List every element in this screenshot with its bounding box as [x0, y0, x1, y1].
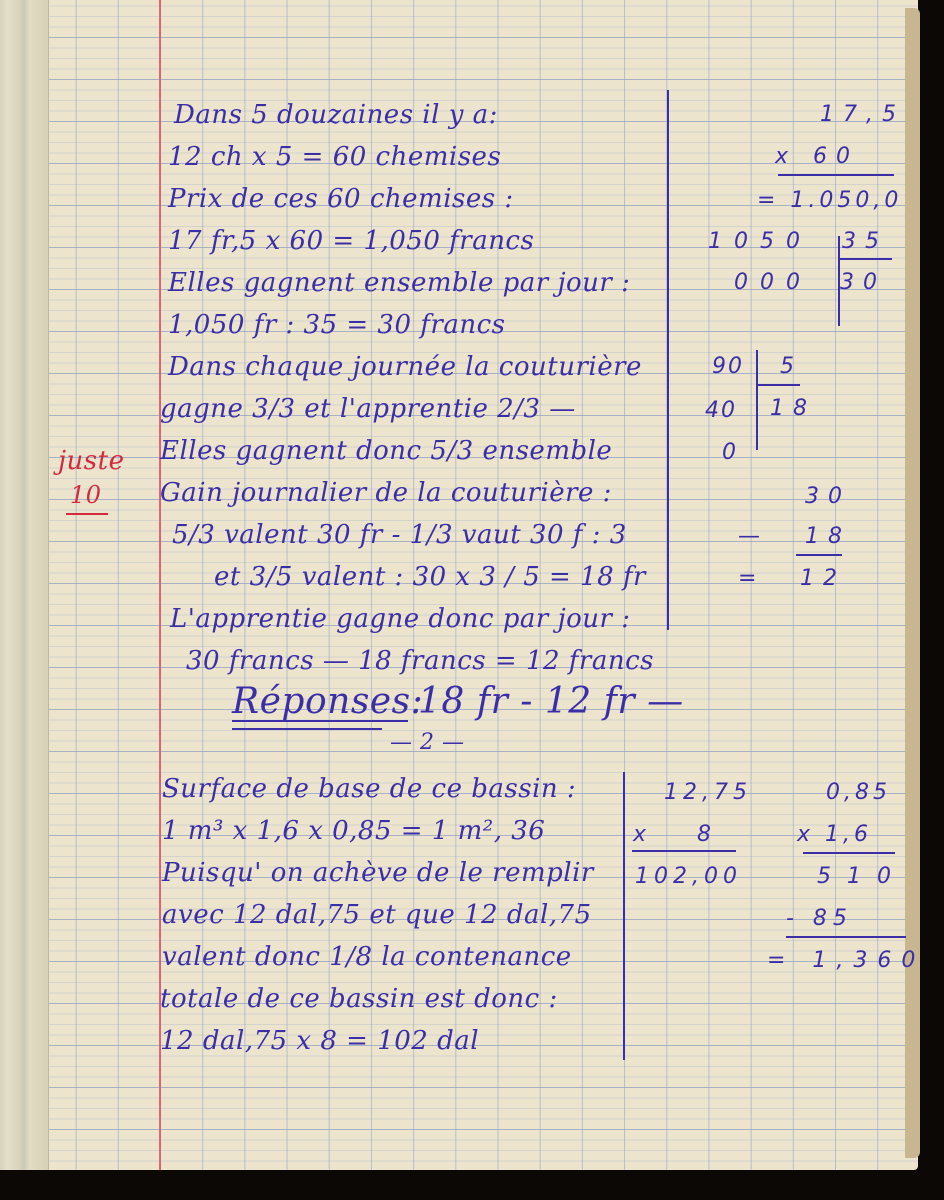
calc-div-rule	[840, 258, 892, 260]
p2-line-6: totale de ce bassin est donc :	[160, 986, 558, 1012]
calc-div2-partial: 40	[705, 400, 737, 422]
grade-underline	[66, 513, 108, 515]
calc-div-quotient: 30	[840, 272, 886, 294]
calc-div2-remainder: 0	[722, 442, 745, 464]
p2-line-7: 12 dal,75 x 8 = 102 dal	[160, 1028, 479, 1054]
p2-line-5: valent donc 1/8 la contenance	[162, 944, 572, 970]
calc2-mult2-b: x 1,6	[797, 824, 872, 846]
p1-line-9: Elles gagnent donc 5/3 ensemble	[160, 438, 612, 464]
p1-line-11: 5/3 valent 30 fr - 1/3 vaut 30 f : 3	[172, 522, 627, 548]
answer-value: 18 fr - 12 fr —	[418, 684, 684, 720]
calc2-mult2-partial2: - 85	[786, 908, 853, 930]
calc-div2-quotient: 18	[770, 398, 816, 420]
calc2-mult-result: 102,00	[635, 866, 742, 888]
answer-underline-1	[232, 720, 408, 722]
calc-sub-result: 12	[800, 568, 846, 590]
p1-line-10: Gain journalier de la couturière :	[160, 480, 612, 506]
calc-div-dividend: 1050	[708, 231, 812, 253]
calc2-mult2-rule	[803, 852, 895, 854]
calc-sub-minus: —	[738, 526, 769, 548]
calc2-mult2-rule2	[786, 936, 906, 938]
calc-mult-a: 17,5	[820, 104, 905, 126]
p1-line-5: Elles gagnent ensemble par jour :	[168, 270, 630, 296]
p1-line-14: 30 francs — 18 francs = 12 francs	[186, 648, 654, 674]
calc-sub-a: 30	[805, 486, 851, 508]
p1-line-8: gagne 3/3 et l'apprentie 2/3 —	[160, 396, 576, 422]
calc-sub-equals: =	[738, 568, 765, 590]
calc2-mult2-a: 0,85	[826, 782, 891, 804]
answer-underline-2	[232, 728, 382, 730]
calc-div2-dividend: 90	[712, 356, 744, 378]
calc-mult-rule	[778, 174, 894, 176]
p1-calc-separator	[667, 90, 669, 630]
calc-mult-b: x 60	[775, 146, 859, 168]
calc-div-divisor: 35	[842, 231, 888, 253]
calc2-mult-rule	[632, 850, 736, 852]
p2-line-4: avec 12 dal,75 et que 12 dal,75	[162, 902, 592, 928]
p1-line-1: Dans 5 douzaines il y a:	[174, 102, 498, 128]
p1-line-12: et 3/5 valent : 30 x 3 / 5 = 18 fr	[214, 564, 646, 590]
answer-label: Réponses:	[232, 684, 423, 720]
p1-line-13: L'apprentie gagne donc par jour :	[170, 606, 630, 632]
calc-div2-divisor: 5	[780, 356, 803, 378]
p2-line-1: Surface de base de ce bassin :	[162, 776, 576, 802]
p1-line-6: 1,050 fr : 35 = 30 francs	[168, 312, 506, 338]
calc2-mult2-partial1: 510	[817, 866, 907, 888]
calc-div2-bracket	[756, 350, 758, 450]
p2-line-2: 1 m³ x 1,6 x 0,85 = 1 m², 36	[162, 818, 545, 844]
calc-mult-result: = 1.050,0	[757, 190, 902, 212]
section-2-label: — 2 —	[390, 732, 464, 754]
binding-strip	[0, 0, 49, 1170]
grade-value: 10	[70, 483, 102, 507]
calc-sub-b: 18	[805, 526, 851, 548]
p1-line-7: Dans chaque journée la couturière	[168, 354, 642, 380]
p2-calc-separator	[623, 772, 625, 1060]
calc-sub-rule	[796, 554, 842, 556]
p1-line-4: 17 fr,5 x 60 = 1,050 francs	[168, 228, 534, 254]
p1-line-3: Prix de ces 60 chemises :	[168, 186, 514, 212]
calc2-mult-b: x 8	[633, 824, 733, 846]
grade-word: juste	[58, 448, 124, 474]
calc2-mult2-result: = 1,360	[767, 950, 925, 972]
calc-div-remainder: 000	[734, 272, 812, 294]
calc-div2-rule	[758, 384, 800, 386]
page-edge	[905, 8, 920, 1158]
p1-line-2: 12 ch x 5 = 60 chemises	[168, 144, 501, 170]
p2-line-3: Puisqu' on achève de le remplir	[162, 860, 594, 886]
calc2-mult-a: 12,75	[664, 782, 752, 804]
